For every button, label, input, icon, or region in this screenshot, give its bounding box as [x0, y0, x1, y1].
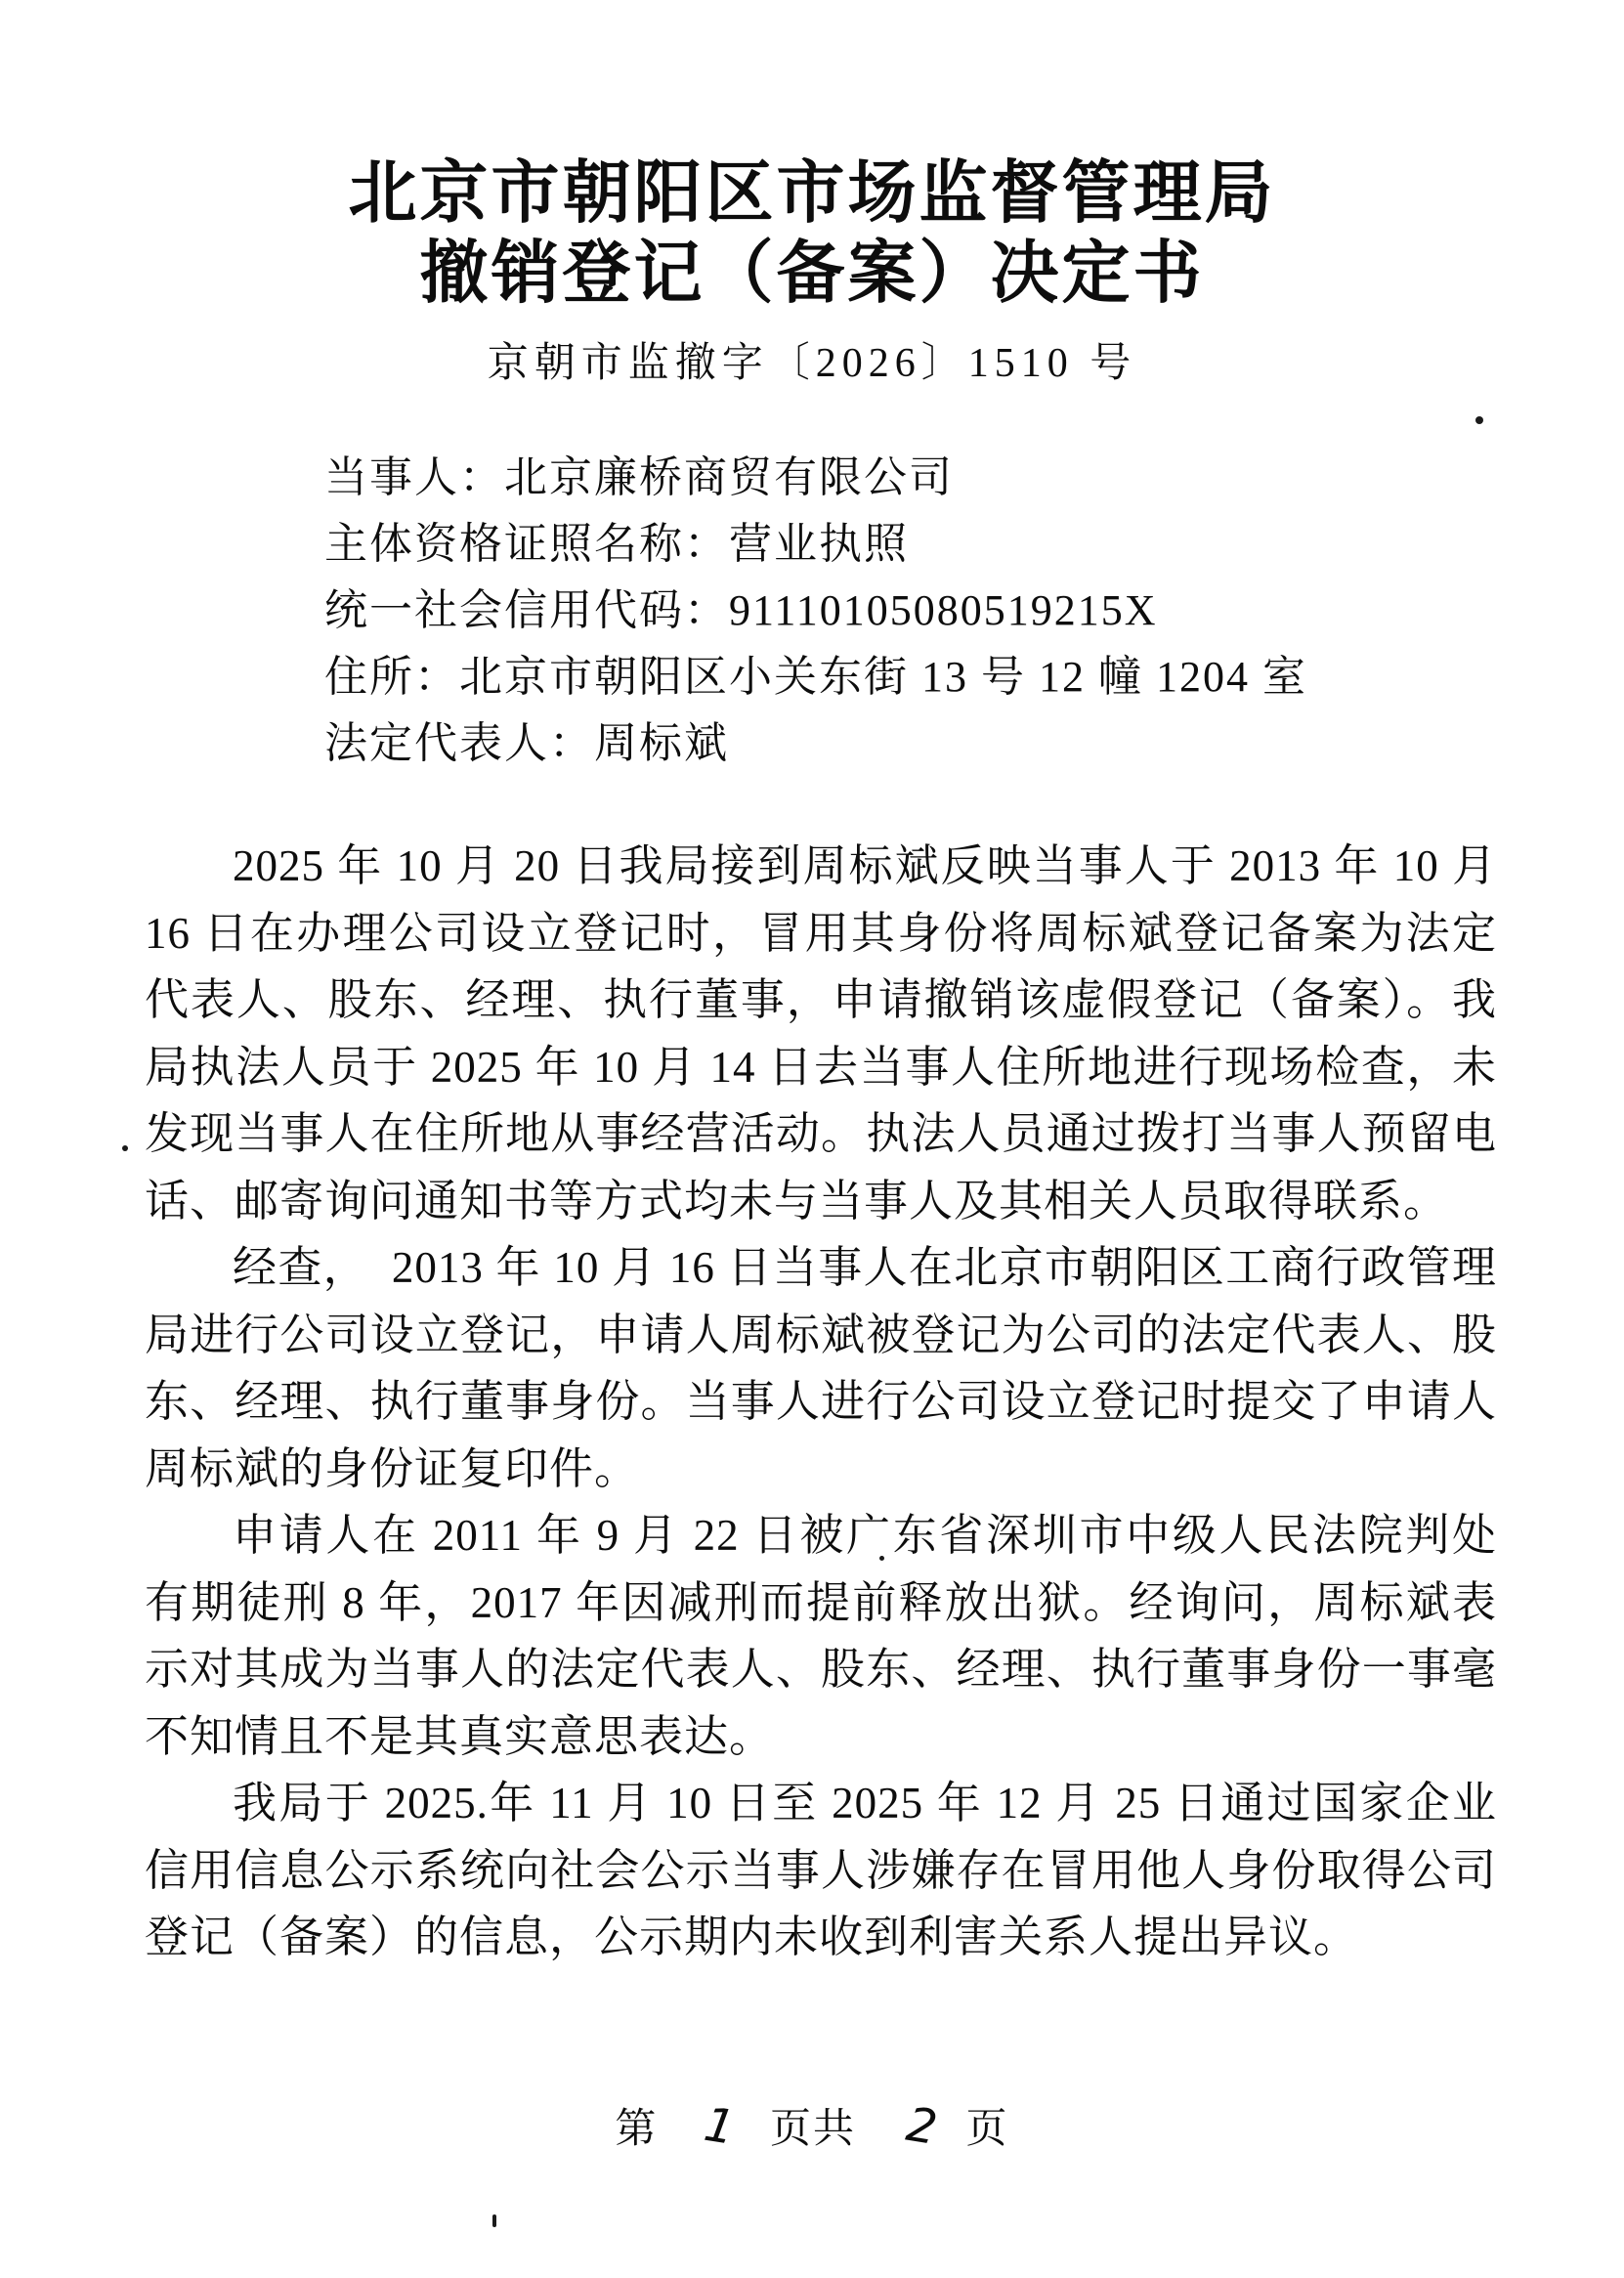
footer-suffix: 页	[966, 2096, 1009, 2155]
party-info-block: 当事人：北京廉桥商贸有限公司 主体资格证照名称：营业执照 统一社会信用代码：91…	[324, 445, 1307, 777]
party-info-line-credit-code: 统一社会信用代码：91110105080519215X	[324, 578, 1307, 644]
body-paragraph-3: 申请人在 2011 年 9 月 22 日被广东省深圳市中级人民法院判处有期徒刑 …	[145, 1502, 1497, 1770]
body-paragraph-2: 经查， 2013 年 10 月 16 日当事人在北京市朝阳区工商行政管理局进行公…	[145, 1234, 1497, 1502]
document-title-line2: 撤销登记（备案）决定书	[0, 235, 1624, 315]
footer-prefix: 第	[615, 2096, 658, 2155]
page-footer: 第1页共2页	[0, 2096, 1624, 2155]
body-paragraph-4: 我局于 2025.年 11 月 10 日至 2025 年 12 月 25 日通过…	[145, 1770, 1497, 1971]
scan-artifact-dot	[1475, 416, 1483, 424]
document-title-line1: 北京市朝阳区市场监督管理局	[0, 154, 1624, 235]
document-header: 北京市朝阳区市场监督管理局 撤销登记（备案）决定书 京朝市监撤字〔2026〕15…	[0, 154, 1624, 389]
party-info-line-address: 住所：北京市朝阳区小关东街 13 号 12 幢 1204 室	[324, 644, 1307, 710]
document-number: 京朝市监撤字〔2026〕1510 号	[0, 330, 1624, 389]
scan-artifact-dot	[122, 1145, 128, 1151]
party-info-line-license-name: 主体资格证照名称：营业执照	[324, 511, 1307, 578]
body-paragraph-1: 2025 年 10 月 20 日我局接到周标斌反映当事人于 2013 年 10 …	[145, 833, 1497, 1234]
scan-artifact-dot	[879, 1556, 884, 1561]
total-pages-handwritten: 2	[903, 2097, 943, 2156]
party-info-line-party: 当事人：北京廉桥商贸有限公司	[324, 445, 1307, 511]
page-number-handwritten: 1	[701, 2097, 741, 2156]
document-body: 2025 年 10 月 20 日我局接到周标斌反映当事人于 2013 年 10 …	[145, 833, 1497, 1971]
scan-artifact-tick	[492, 2214, 496, 2227]
party-info-line-legal-representative: 法定代表人：周标斌	[324, 710, 1307, 777]
footer-middle: 页共	[770, 2096, 856, 2155]
scanned-document-page: 北京市朝阳区市场监督管理局 撤销登记（备案）决定书 京朝市监撤字〔2026〕15…	[0, 0, 1624, 2278]
